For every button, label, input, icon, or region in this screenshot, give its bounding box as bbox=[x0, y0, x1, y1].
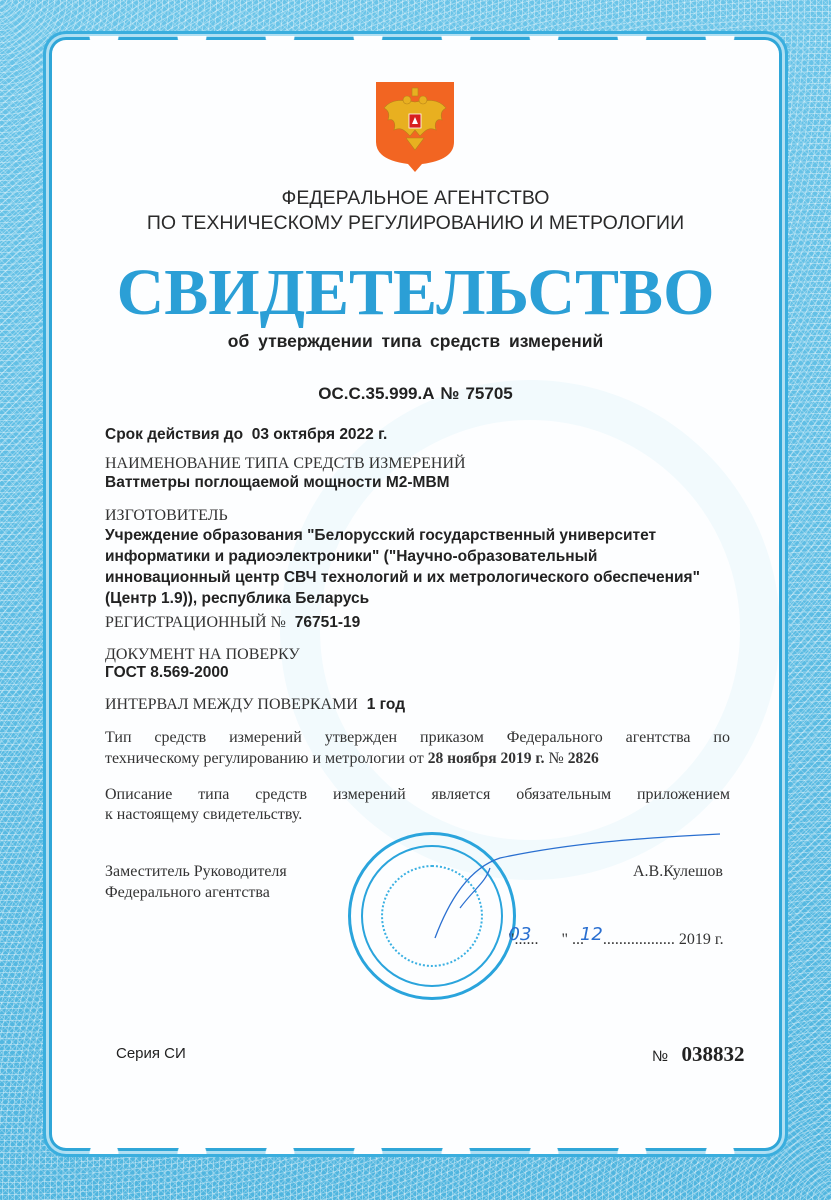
manufacturer-value: Учреждение образования "Белорусский госу… bbox=[105, 525, 700, 609]
coat-of-arms-icon bbox=[374, 80, 456, 172]
approval-text: техническому регулированию и метрологии … bbox=[105, 750, 428, 767]
manufacturer-label: ИЗГОТОВИТЕЛЬ bbox=[105, 507, 228, 525]
validity-date: Срок действия до 03 октября 2022 г. bbox=[105, 426, 387, 444]
number-sign: № bbox=[441, 384, 460, 403]
interval-row: ИНТЕРВАЛ МЕЖДУ ПОВЕРКАМИ 1 год bbox=[105, 696, 405, 714]
series-label: Серия СИ bbox=[116, 1045, 186, 1062]
verification-doc-label: ДОКУМЕНТ НА ПОВЕРКУ bbox=[105, 646, 300, 664]
date-day-handwritten: 03 bbox=[509, 924, 532, 945]
agency-name-line2: ПО ТЕХНИЧЕСКОМУ РЕГУЛИРОВАНИЮ И МЕТРОЛОГ… bbox=[0, 211, 831, 236]
signature-date: "......03" ...12.................. 2019 … bbox=[508, 928, 724, 949]
manufacturer-line: инновационный центр СВЧ технологий и их … bbox=[105, 567, 700, 588]
interval-value: 1 год bbox=[367, 696, 405, 713]
description-line1: Описание типа средств измерений является… bbox=[105, 786, 730, 804]
signatory-position-line2: Федерального агентства bbox=[105, 884, 270, 902]
agency-name-line1: ФЕДЕРАЛЬНОЕ АГЕНТСТВО bbox=[0, 186, 831, 211]
approval-number: 2826 bbox=[568, 750, 599, 767]
certificate-number: ОС.С.35.999.А№75705 bbox=[0, 384, 831, 404]
form-number-sign: № bbox=[652, 1048, 668, 1065]
registration-row: РЕГИСТРАЦИОННЫЙ № 76751-19 bbox=[105, 614, 360, 632]
instrument-value: Ваттметры поглощаемой мощности М2-МВМ bbox=[105, 474, 450, 492]
registration-label: РЕГИСТРАЦИОННЫЙ № bbox=[105, 614, 286, 631]
manufacturer-line: информатики и радиоэлектроники" ("Научно… bbox=[105, 546, 700, 567]
certificate-number-value: 75705 bbox=[465, 384, 512, 403]
approval-line1: Тип средств измерений утвержден приказом… bbox=[105, 729, 730, 747]
manufacturer-line: (Центр 1.9)), республика Беларусь bbox=[105, 588, 700, 609]
form-number: № 038832 bbox=[652, 1042, 744, 1067]
certificate-code: ОС.С.35.999.А bbox=[318, 384, 434, 403]
date-dots: .................. bbox=[603, 931, 675, 948]
border-scallop-bottom bbox=[60, 1136, 771, 1154]
document-subtitle: об утверждении типа средств измерений bbox=[0, 331, 831, 352]
date-month-handwritten: 12 bbox=[580, 924, 603, 945]
signatory-position-line1: Заместитель Руководителя bbox=[105, 863, 287, 881]
document-title: СВИДЕТЕЛЬСТВО bbox=[0, 255, 831, 331]
verification-doc-value: ГОСТ 8.569-2000 bbox=[105, 664, 229, 682]
border-scallop-top bbox=[60, 36, 771, 54]
approval-date: 28 ноября 2019 г. bbox=[428, 750, 545, 767]
manufacturer-line: Учреждение образования "Белорусский госу… bbox=[105, 525, 700, 546]
interval-label: ИНТЕРВАЛ МЕЖДУ ПОВЕРКАМИ bbox=[105, 696, 358, 713]
date-year: 2019 г. bbox=[679, 931, 724, 948]
approval-number-sign: № bbox=[549, 750, 564, 767]
form-number-value: 038832 bbox=[681, 1042, 744, 1066]
description-line2: к настоящему свидетельству. bbox=[105, 806, 302, 824]
registration-value: 76751-19 bbox=[295, 614, 361, 631]
instrument-label: НАИМЕНОВАНИЕ ТИПА СРЕДСТВ ИЗМЕРЕНИЙ bbox=[105, 455, 466, 473]
approval-line2: техническому регулированию и метрологии … bbox=[105, 750, 599, 768]
signatory-name: А.В.Кулешов bbox=[633, 863, 723, 881]
